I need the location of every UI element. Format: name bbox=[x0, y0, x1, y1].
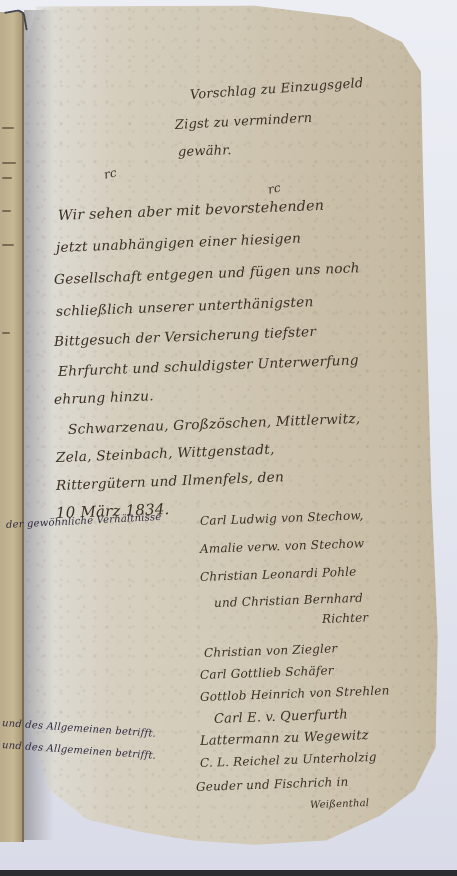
ink-mark bbox=[2, 162, 16, 164]
ink-mark bbox=[2, 127, 14, 129]
signature-line: Weißenthal bbox=[310, 798, 370, 811]
bottom-bar bbox=[0, 870, 457, 876]
ink-mark bbox=[2, 244, 14, 246]
marker-right: rc bbox=[267, 180, 282, 196]
ink-mark bbox=[2, 210, 11, 212]
gutter-shadow bbox=[24, 10, 54, 840]
ink-mark bbox=[2, 177, 12, 179]
heading-line: gewähr. bbox=[178, 143, 232, 160]
marker-left: rc bbox=[103, 165, 118, 181]
signature-line: Richter bbox=[322, 610, 369, 626]
ink-mark bbox=[2, 332, 10, 334]
